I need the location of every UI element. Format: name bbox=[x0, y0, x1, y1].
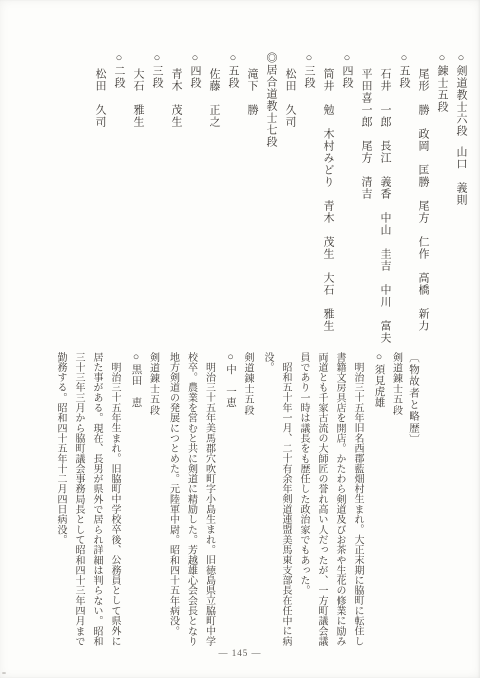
name-column: 松田 久司 bbox=[94, 52, 105, 342]
rank-heading-iaido-4dan: ○四段 bbox=[189, 52, 200, 342]
person-name: 長江 義香 bbox=[379, 140, 390, 200]
person-name: 青木 茂生 bbox=[170, 68, 181, 128]
person-name: 松田 久司 bbox=[284, 68, 295, 128]
person-name: 高橋 新力 bbox=[417, 272, 428, 332]
person-name: 佐藤 正之 bbox=[208, 68, 219, 128]
rank-heading-iaido-2dan: ○二段 bbox=[113, 52, 124, 342]
rank-roster: ○剣道教士六段山口 義則 ○錬士五段 尾形 勝政岡 匡勝尾方 仁作高橋 新力 ○… bbox=[64, 52, 466, 342]
person-name: 大石 雅生 bbox=[132, 68, 143, 128]
obituary-person-name: ○黒田 恵 bbox=[130, 352, 141, 658]
obituary-biography: 明治三十五年旧名西郡藍畑村生まれ。大正末期に脇町に転住し書籍文房具店を開店。かた… bbox=[258, 352, 366, 648]
rank-label: ○剣道教士六段 bbox=[455, 52, 467, 137]
person-name: 政岡 匡勝 bbox=[417, 128, 428, 188]
name-column: 石井 一郎長江 義香中山 圭吉中川 富夫 bbox=[379, 52, 390, 342]
obituary-biography: 明治三十五年美馬郡穴吹町字小島生まれ。旧徳島県立脇町中学校卒。農業を営むと共に剣… bbox=[164, 352, 218, 648]
person-name: 大石 雅生 bbox=[322, 272, 333, 332]
person-name: 中山 圭吉 bbox=[379, 212, 390, 272]
name-column: 佐藤 正之 bbox=[208, 52, 219, 342]
rank-label: ○四段 bbox=[341, 52, 353, 89]
scan-speck bbox=[2, 672, 6, 674]
person-name: 中川 富夫 bbox=[379, 284, 390, 344]
name-column: 松田 久司 bbox=[284, 52, 295, 342]
name-column: 滝下 勝 bbox=[246, 52, 257, 342]
name-column: 尾形 勝政岡 匡勝尾方 仁作高橋 新力 bbox=[417, 52, 428, 342]
rank-heading-iaido-3dan: ○三段 bbox=[151, 52, 162, 342]
rank-label: ○三段 bbox=[151, 52, 163, 89]
obituary-person-name: ○須見虎雄 bbox=[373, 352, 384, 658]
obituary-rank: 剣道錬士五段 bbox=[391, 352, 401, 658]
rank-label: ○二段 bbox=[113, 52, 125, 89]
name-column: 筒井 勉木村みどり青木 茂生大石 雅生 bbox=[322, 52, 333, 342]
name-column: 平田喜一郎尾方 清吉 bbox=[360, 52, 371, 342]
page-number: — 145 — bbox=[0, 648, 480, 658]
person-name: 松田 久司 bbox=[94, 68, 105, 128]
bio-paragraph: 明治三十五年生まれ。旧脇町中学校卒後、公務員として県外に居た事がある。現在、長男… bbox=[51, 352, 123, 648]
rank-label: ○五段 bbox=[227, 52, 239, 89]
rank-heading-iaido-5dan: ○五段 bbox=[227, 52, 238, 342]
person-name: 尾方 清吉 bbox=[360, 140, 371, 200]
rank-label: ○四段 bbox=[189, 52, 201, 89]
person-name: 木村みどり bbox=[322, 128, 333, 188]
person-name: 尾方 仁作 bbox=[417, 200, 428, 260]
person-name: 石井 一郎 bbox=[379, 68, 390, 128]
rank-label: ○五段 bbox=[398, 52, 410, 89]
rank-heading-kendo-kyoshi-6dan: ○剣道教士六段山口 義則 bbox=[455, 52, 466, 342]
obituary-rank: 剣道錬士五段 bbox=[148, 352, 158, 658]
rank-heading-iaido-kyoshi-7dan: ◎居合道教士七段 bbox=[265, 52, 276, 342]
person-name: 滝下 勝 bbox=[246, 68, 257, 116]
obituary-person-name: ○中 一恵 bbox=[225, 352, 236, 658]
bio-paragraph: 昭和五十年一月、二十有余年剣道連盟美馬東支部長在任中に病没。 bbox=[258, 352, 294, 648]
section-title: 〔物故者と略歴〕 bbox=[408, 352, 419, 658]
name-column: 大石 雅生 bbox=[132, 52, 143, 342]
person-name: 青木 茂生 bbox=[322, 200, 333, 260]
rank-heading-3dan: ○三段 bbox=[303, 52, 314, 342]
name-column: 青木 茂生 bbox=[170, 52, 181, 342]
rank-label: ○錬士五段 bbox=[436, 52, 448, 113]
obituary-rank: 剣道錬士五段 bbox=[242, 352, 252, 658]
rank-heading-4dan: ○四段 bbox=[341, 52, 352, 342]
person-name: 尾形 勝 bbox=[417, 68, 428, 116]
rank-label: ◎居合道教士七段 bbox=[265, 52, 277, 148]
scanned-document-page: ○剣道教士六段山口 義則 ○錬士五段 尾形 勝政岡 匡勝尾方 仁作高橋 新力 ○… bbox=[0, 0, 480, 678]
rank-label: ○三段 bbox=[303, 52, 315, 89]
obituary-section: 〔物故者と略歴〕 剣道錬士五段 ○須見虎雄 明治三十五年旧名西郡藍畑村生まれ。大… bbox=[56, 352, 418, 658]
person-name: 筒井 勉 bbox=[322, 68, 333, 116]
person-name: 山口 義則 bbox=[455, 146, 466, 206]
bio-paragraph: 明治三十五年旧名西郡藍畑村生まれ。大正末期に脇町に転住し書籍文房具店を開店。かた… bbox=[294, 352, 366, 648]
rank-heading-5dan: ○五段 bbox=[398, 52, 409, 342]
bio-paragraph: 明治三十五年美馬郡穴吹町字小島生まれ。旧徳島県立脇町中学校卒。農業を営むと共に剣… bbox=[164, 352, 218, 648]
rank-heading-renshi-5dan: ○錬士五段 bbox=[436, 52, 447, 342]
person-name: 平田喜一郎 bbox=[360, 68, 371, 128]
obituary-biography: 明治三十五年生まれ。旧脇町中学校卒後、公務員として県外に居た事がある。現在、長男… bbox=[51, 352, 123, 648]
